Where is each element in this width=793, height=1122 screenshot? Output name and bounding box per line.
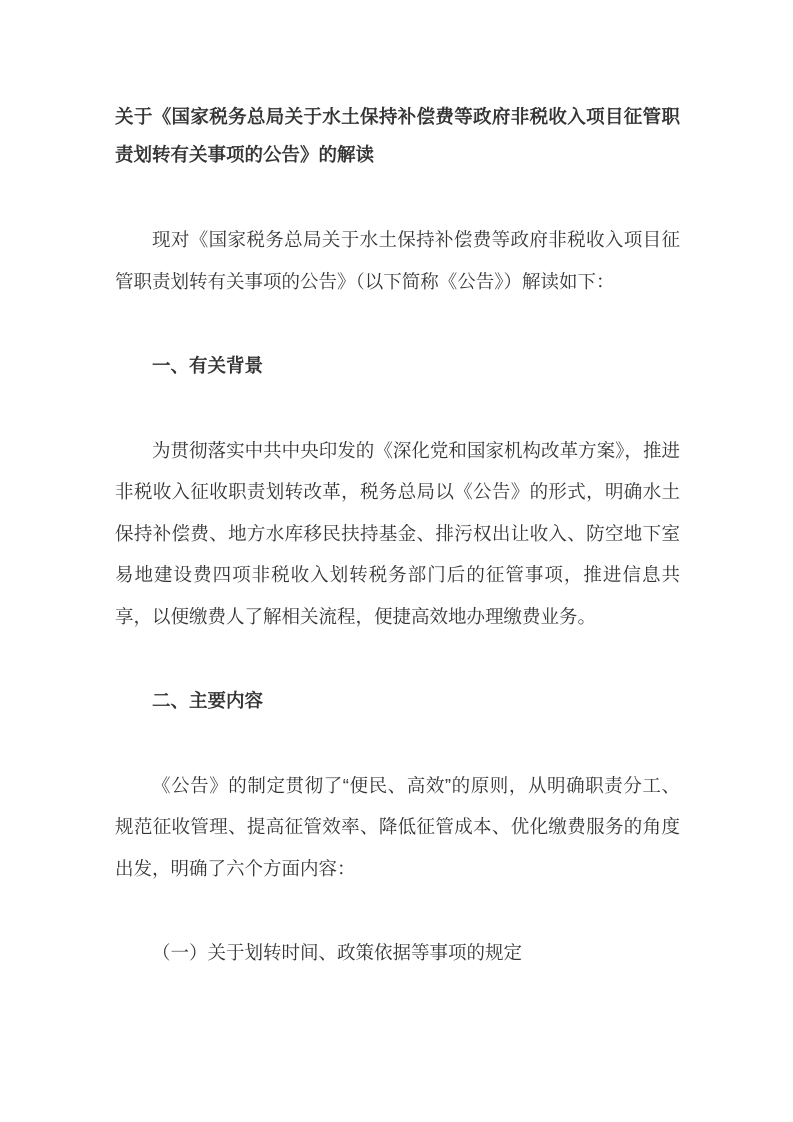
section-2-paragraph: 《公告》的制定贯彻了“便民、高效”的原则，从明确职责分工、规范征收管理、提高征管… (115, 765, 680, 890)
section-1-heading: 一、有关背景 (115, 345, 680, 387)
subsection-1-heading: （一）关于划转时间、政策依据等事项的规定 (115, 932, 680, 974)
document-title: 关于《国家税务总局关于水土保持补偿费等政府非税收入项目征管职责划转有关事项的公告… (115, 98, 680, 173)
section-2-heading: 二、主要内容 (115, 680, 680, 722)
section-1-paragraph: 为贯彻落实中共中央印发的《深化党和国家机构改革方案》，推进非税收入征收职责划转改… (115, 430, 680, 638)
intro-paragraph: 现对《国家税务总局关于水土保持补偿费等政府非税收入项目征管职责划转有关事项的公告… (115, 219, 680, 302)
document-page: 关于《国家税务总局关于水土保持补偿费等政府非税收入项目征管职责划转有关事项的公告… (0, 0, 793, 1122)
